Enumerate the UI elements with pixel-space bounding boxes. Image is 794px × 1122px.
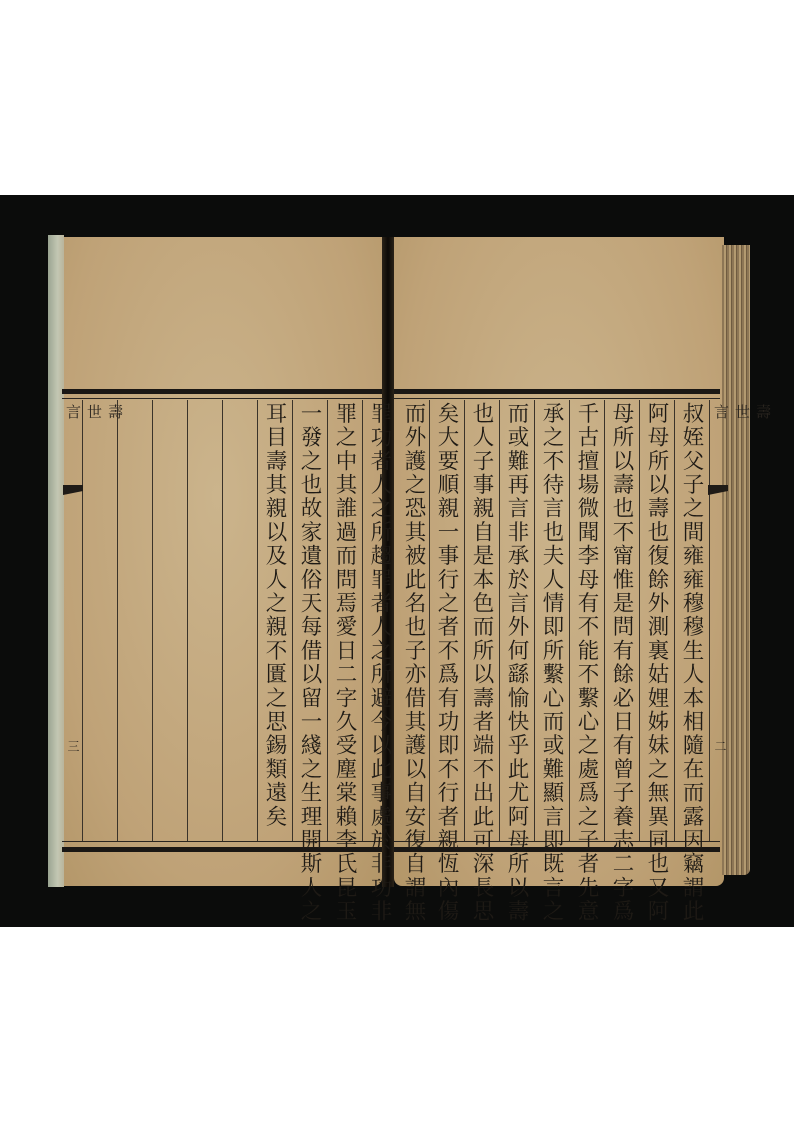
text-column: 而或難再言非承於言外何繇愉快乎此尤阿母所以壽 <box>500 402 532 923</box>
text-column: 叔姪父子之間雍雍穆穆生人本相隨在而露因竊謂此 <box>675 402 707 923</box>
column-line <box>82 400 83 841</box>
text-column: 罪之中其誰過而問焉愛日二字久受塵棠賴李氏昆玉 <box>328 402 360 923</box>
text-column: 一發之也故家遺俗天每借以留一綫之生理開斯人之 <box>293 402 325 923</box>
text-column: 承之不待言也夫人情即所繫心而或難顯言即既言之 <box>535 402 567 923</box>
left-page-number: 三 <box>65 740 82 752</box>
left-top-thin-rule <box>62 398 382 399</box>
left-page-edge <box>48 235 64 887</box>
text-column: 罪功者人之所趨罪者人之所避今以此事處於非功非 <box>363 402 395 923</box>
right-margin-title: 壽世言 <box>711 404 774 420</box>
text-column: 也人子事親自是本色而所以壽者端不出此可深長思 <box>465 402 497 923</box>
column-line <box>187 400 188 841</box>
page-stack-edge <box>722 245 750 875</box>
right-top-thin-rule <box>394 398 720 399</box>
text-column: 母所以壽也不甯惟是問有餘必日有曾子養志二字爲 <box>605 402 637 923</box>
column-line <box>117 400 118 841</box>
text-column: 千古擅場微聞李母有不能不繫心之處爲之子者先意 <box>570 402 602 923</box>
right-top-rule <box>394 389 720 394</box>
column-line <box>222 400 223 841</box>
column-line <box>152 400 153 841</box>
text-column: 而外護之恐其被此名也子亦借其護以自安復自謂無 <box>397 402 429 923</box>
text-column: 阿母所以壽也復餘外測裏姑娌姊妹之無異同也又阿 <box>640 402 672 923</box>
right-page-number: 二 <box>712 740 729 752</box>
text-column: 矣大要順親一事行之者不爲有功即不行者親恆內傷 <box>430 402 462 923</box>
column-line <box>709 400 710 841</box>
left-margin-title: 壽世言 <box>63 404 126 420</box>
left-top-rule <box>62 389 382 394</box>
text-column: 耳目壽其親以及人之親不匱之思錫類遠矣 <box>258 402 290 829</box>
